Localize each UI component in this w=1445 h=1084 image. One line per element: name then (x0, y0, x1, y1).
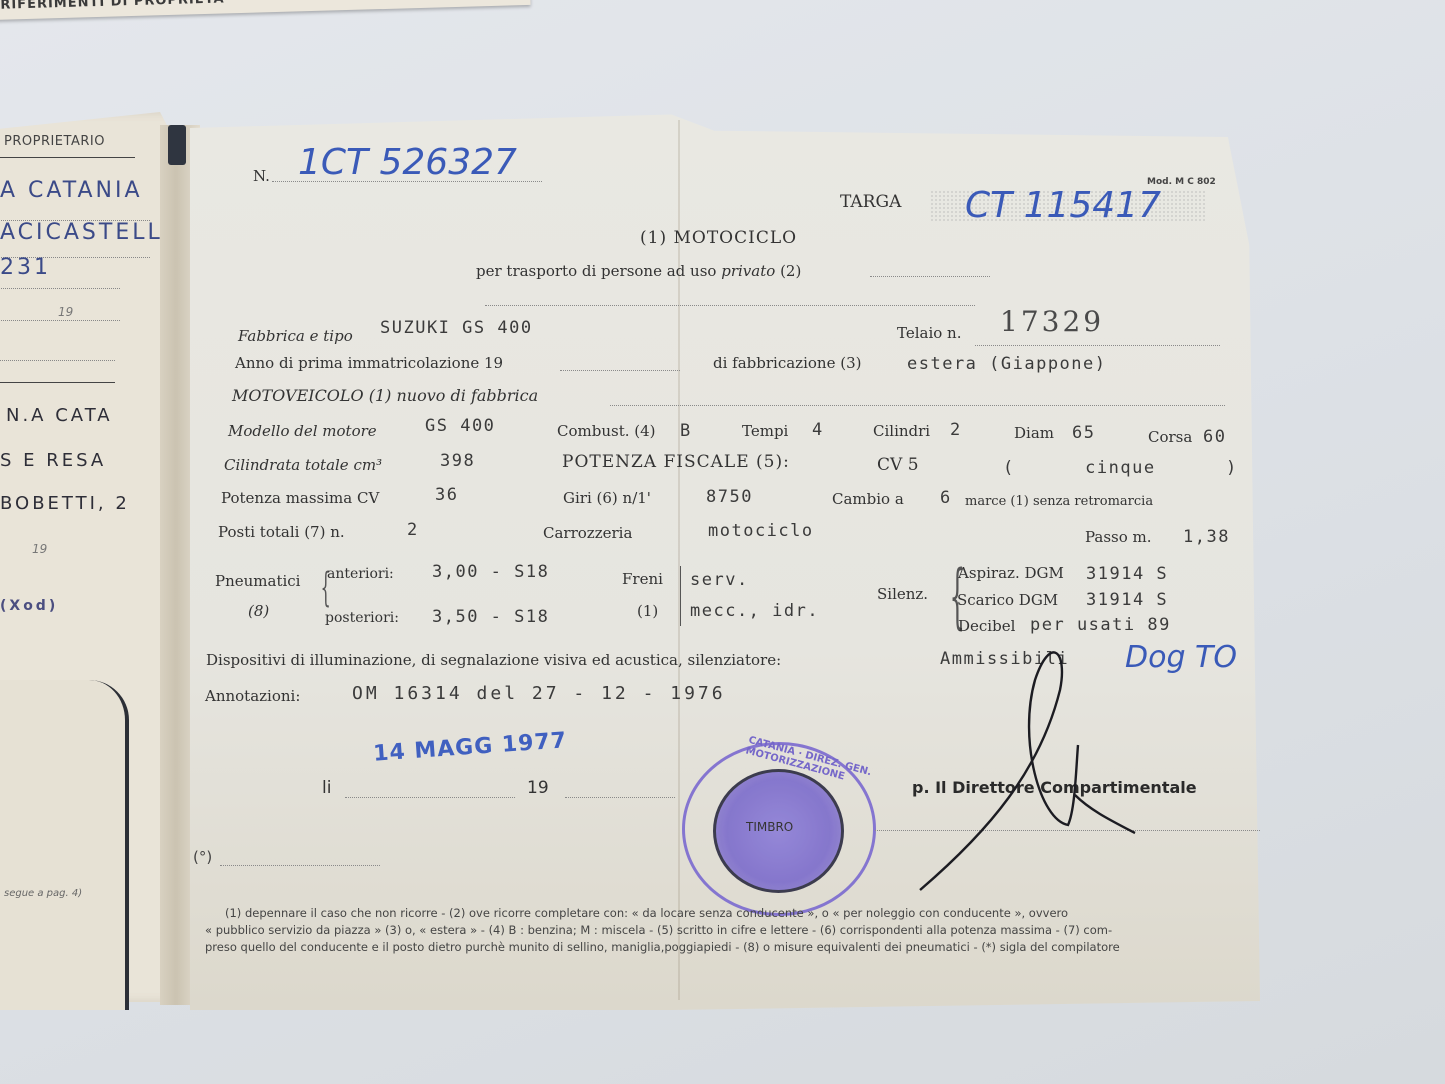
cambio-suffix: marce (1) senza retromarcia (965, 494, 1153, 509)
carrozzeria-value: motociclo (708, 521, 814, 541)
combust-label: Combust. (4) (557, 422, 656, 440)
anteriori-label: anteriori: (327, 566, 394, 582)
subtitle-prefix: per trasporto di persone ad uso (476, 262, 716, 280)
anno-label: Anno di prima immatricolazione 19 (235, 354, 503, 372)
dotted-line (220, 865, 380, 866)
potenza-fiscale-words: ( cinque ) (1003, 458, 1238, 478)
posti-label: Posti totali (7) n. (218, 523, 345, 541)
diam-label: Diam (1014, 424, 1054, 442)
number-label: N. (253, 167, 270, 185)
corsa-value: 60 (1203, 427, 1226, 447)
freni-bracket (680, 566, 681, 626)
telaio-value: 17329 (1000, 305, 1104, 338)
cambio-value: 6 (940, 488, 952, 508)
dotted-line (0, 360, 115, 361)
silenz-label: Silenz. (877, 585, 928, 603)
divider (0, 157, 135, 158)
owner1-line-2: ACICASTELLO (0, 220, 182, 245)
strip-label: RIFERIMENTI DI PROPRIETÀ (0, 0, 225, 13)
owner1-line-1: A CATANIA (0, 178, 143, 203)
freni-value-1: serv. (690, 570, 749, 590)
decibel-label: Decibel (958, 617, 1015, 635)
passo-label: Passo m. (1085, 528, 1152, 546)
dotted-line (975, 345, 1220, 346)
owner-header: PROPRIETARIO (4, 134, 105, 149)
background-document-strip: RIFERIMENTI DI PROPRIETÀ (0, 0, 531, 20)
scarico-label: Scarico DGM (957, 591, 1058, 609)
divider (0, 382, 115, 383)
tempi-label: Tempi (742, 422, 788, 440)
document-title: (1) MOTOCICLO (640, 228, 797, 248)
registration-number: 1CT 526327 (298, 142, 517, 183)
dotted-line (0, 320, 120, 321)
posti-value: 2 (407, 520, 419, 540)
owner2-line-3: BOBETTI, 2 (0, 493, 130, 514)
annotazioni-value: OM 16314 del 27 - 12 - 1976 (352, 683, 726, 704)
diam-value: 65 (1072, 423, 1095, 443)
date-year-prefix: 19 (527, 778, 549, 798)
dispositivi-label: Dispositivi di illuminazione, di segnala… (206, 651, 781, 669)
freni-value-2: mecc., idr. (690, 601, 819, 621)
dotted-line (0, 288, 120, 289)
subtitle-italic: privato (721, 262, 775, 280)
potenza-max-value: 36 (435, 485, 458, 505)
year-prefix: 19 (58, 305, 73, 319)
pneumatici-label: Pneumatici (215, 572, 300, 590)
stamp-center: TIMBRO (713, 769, 844, 893)
footnote-line-2: « pubblico servizio da piazza » (3) o, «… (205, 922, 1112, 939)
dotted-line (565, 797, 675, 798)
small-stamp: (Xod) (0, 598, 58, 614)
stamp-center-label: TIMBRO (746, 820, 793, 834)
anteriori-value: 3,00 - S18 (432, 562, 549, 582)
fabbrica-value: SUZUKI GS 400 (380, 318, 533, 338)
continued-note: segue a pag. 4) (4, 888, 82, 899)
plate-number: CT 115417 (965, 185, 1161, 226)
cilindri-value: 2 (950, 420, 962, 440)
signature-icon (900, 640, 1150, 900)
dotted-line (560, 370, 680, 371)
combust-value: B (680, 421, 692, 441)
potenza-max-label: Potenza massima CV (221, 489, 379, 507)
owner2-line-1: N.A CATA (6, 405, 113, 426)
plate-label: TARGA (840, 192, 901, 212)
spine-binding (168, 125, 186, 165)
dotted-line (345, 797, 515, 798)
dotted-line (610, 405, 1225, 406)
modello-value: GS 400 (425, 416, 495, 436)
pneumatici-note: (8) (248, 602, 269, 620)
cambio-label: Cambio a (832, 490, 904, 508)
tempi-value: 4 (812, 420, 824, 440)
cilindrata-value: 398 (440, 451, 475, 471)
owner1-line-3: 231 (0, 255, 51, 280)
cilindri-label: Cilindri (873, 422, 930, 440)
potenza-fiscale-label: POTENZA FISCALE (5): (562, 452, 790, 472)
freni-label: Freni (622, 570, 663, 588)
aspiraz-label: Aspiraz. DGM (958, 564, 1064, 582)
corsa-label: Corsa (1148, 428, 1192, 446)
telaio-label: Telaio n. (897, 324, 961, 342)
giri-label: Giri (6) n/1' (563, 489, 651, 507)
fabbricazione-value: estera (Giappone) (907, 354, 1107, 374)
cilindrata-label: Cilindrata totale cm³ (224, 456, 382, 474)
page-fold (678, 120, 680, 1000)
freni-note: (1) (637, 602, 658, 620)
owner2-line-2: S E RESA (0, 450, 106, 471)
footnote-line-1: (1) depennare il caso che non ricorre - … (225, 905, 1068, 922)
footnote-line-3: preso quello del conducente e il posto d… (205, 939, 1120, 956)
motoveicolo-label: MOTOVEICOLO (1) nuovo di fabbrica (232, 386, 538, 405)
document-subtitle: per trasporto di persone ad uso privato … (476, 262, 801, 280)
posteriori-value: 3,50 - S18 (432, 607, 549, 627)
potenza-fiscale-value: CV 5 (877, 455, 919, 475)
posteriori-label: posteriori: (325, 610, 399, 626)
decibel-value: per usati 89 (1030, 615, 1171, 635)
modello-label: Modello del motore (228, 422, 377, 440)
passo-value: 1,38 (1183, 527, 1230, 547)
subtitle-suffix: (2) (780, 262, 801, 280)
carrozzeria-label: Carrozzeria (543, 524, 632, 542)
compiler-mark: (°) (193, 848, 212, 866)
aspiraz-value: 31914 S (1086, 564, 1168, 584)
dotted-line (870, 276, 990, 277)
torn-page-edge (0, 680, 129, 1010)
giri-value: 8750 (706, 487, 753, 507)
annotazioni-label: Annotazioni: (205, 687, 300, 705)
year-prefix: 19 (32, 542, 47, 556)
official-stamp: TIMBRO CATANIA · DIREZ. GEN. MOTORIZZAZI… (682, 742, 876, 916)
fabbrica-label: Fabbrica e tipo (238, 327, 353, 345)
date-prefix: li (322, 778, 331, 798)
scarico-value: 31914 S (1086, 590, 1168, 610)
dotted-line (485, 305, 975, 306)
fabbricazione-label: di fabbricazione (3) (713, 354, 861, 372)
